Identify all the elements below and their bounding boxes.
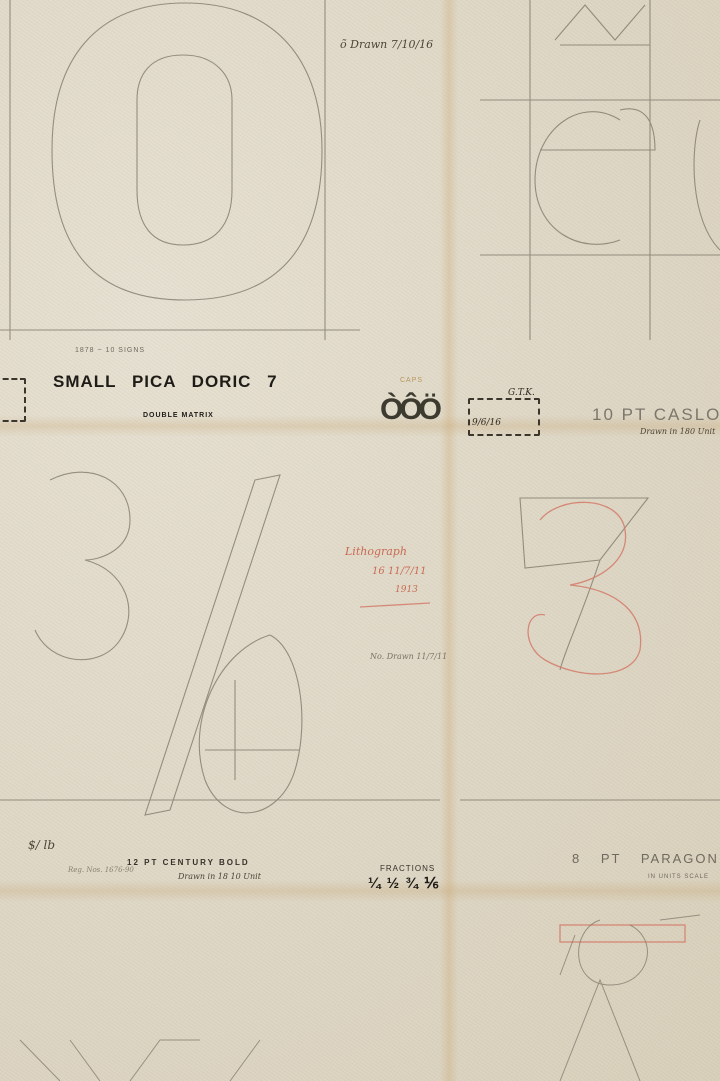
glyph-e <box>535 109 655 245</box>
panel-title-small-pica-doric: SMALL PICA DORIC 7 <box>53 372 278 392</box>
glyph-seven-stem <box>560 560 600 670</box>
glyph-right-edge <box>694 120 720 250</box>
panel-subtitle-double-matrix: DOUBLE MATRIX <box>143 412 214 419</box>
panel-title-paragon: 8 PT PARAGON <box>572 851 719 866</box>
glyph-top-ornament <box>555 5 650 45</box>
glyph-bottom-right-a <box>560 980 640 1081</box>
red-note-line1: Lithograph <box>345 545 407 558</box>
panel-subtitle-paragon: IN UNITS SCALE <box>648 874 709 880</box>
red-note-line3: 1913 <box>395 585 418 595</box>
glyph-bottom-left-w <box>20 1040 260 1081</box>
series-note: 1878 ~ 10 SIGNS <box>75 347 145 354</box>
red-note-line2: 16 11/7/11 <box>372 566 426 577</box>
caps-label: CAPS <box>400 377 423 384</box>
panel-title-century-bold: 12 PT CENTURY BOLD <box>127 858 250 867</box>
accented-caps-glyphs: ÒÔÖ <box>380 393 438 427</box>
corner-note: õ Drawn 7/10/16 <box>340 38 433 51</box>
glyph-seven-outline <box>520 498 648 568</box>
glyph-four <box>199 635 302 813</box>
registration-note: Reg. Nos. 1676-90 <box>68 866 134 874</box>
corner-marks: $/ lb <box>28 838 55 852</box>
stamp-date: 9/6/16 <box>472 418 501 428</box>
red-underline <box>360 603 430 607</box>
approval-stamp-center: G.T.K. 9/6/16 <box>468 398 540 436</box>
panel-subtitle-century-bold: Drawn in 18 10 Unit <box>178 872 261 881</box>
panel-subtitle-caslon: Drawn in 180 Unit <box>640 427 715 436</box>
pencil-drawings <box>0 0 720 1081</box>
panel-title-caslon: 10 PT CASLON <box>592 405 720 425</box>
fractions-label: FRACTIONS <box>380 864 435 873</box>
pencil-note: No. Drawn 11/7/11 <box>370 652 447 661</box>
red-rect-bottom <box>560 925 685 942</box>
linen-sheet: õ Drawn 7/10/16 1878 ~ 10 SIGNS SMALL PI… <box>0 0 720 1081</box>
approval-stamp-left <box>0 378 26 422</box>
glyph-three-faint <box>35 472 130 660</box>
glyph-three-red <box>528 502 641 674</box>
glyph-zero-outer <box>52 3 322 300</box>
fractions-glyphs: ¼ ½ ¾ ⅙ <box>368 874 440 892</box>
glyph-zero-inner <box>137 55 232 245</box>
stamp-initials: G.T.K. <box>508 388 535 398</box>
glyph-slash <box>145 475 280 815</box>
